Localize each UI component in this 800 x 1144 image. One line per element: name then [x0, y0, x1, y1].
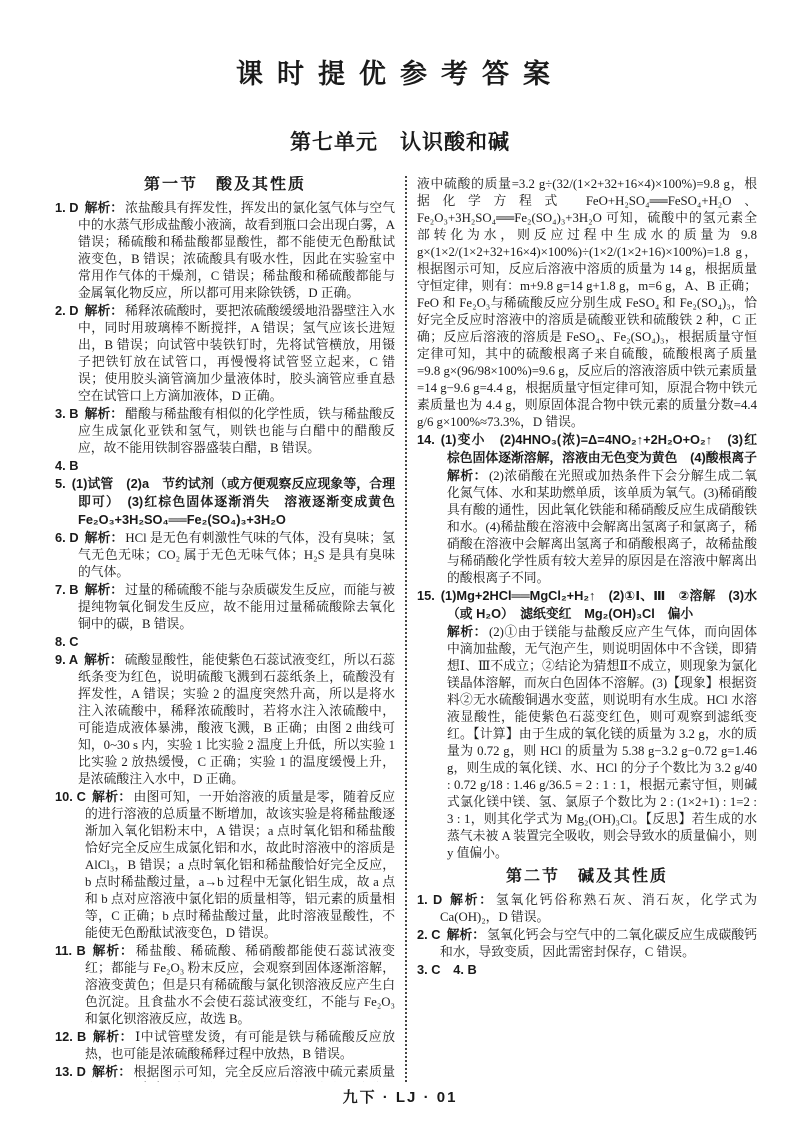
analysis-text: (2)浓硝酸在光照或加热条件下会分解生成二氧化氮气体、水和某助燃单质，该单质为氧…	[447, 469, 757, 585]
answer-number: 10. C	[55, 789, 92, 804]
answer-item-11: 11. B解析：稀盐酸、稀硫酸、稀硝酸都能使石蕊试液变红；都能与 Fe₂O₃ 粉…	[55, 942, 395, 1028]
answer-item-12: 12. B解析：Ⅰ中试管壁发烫，有可能是铁与稀硫酸反应放热，也可能是浓硫酸稀释过…	[55, 1028, 395, 1063]
answer-number: 2. C	[417, 927, 447, 942]
column-divider	[405, 176, 407, 1082]
answer-number: 2. D	[55, 303, 85, 318]
left-column: 第一节 酸及其性质 1. D解析：浓盐酸具有挥发性，挥发出的氯化氢气体与空气中的…	[55, 176, 395, 1082]
analysis-block: 解析：(2)①由于镁能与盐酸反应产生气体，而向固体中滴加盐酸，无气泡产生，则说明…	[447, 623, 757, 862]
analysis-text: 稀释浓硫酸时，要把浓硫酸缓缓地沿器壁注入水中，同时用玻璃棒不断搅拌，A 错误；氢…	[78, 304, 395, 403]
answer-item-1: 1. D解析：浓盐酸具有挥发性，挥发出的氯化氢气体与空气中的水蒸气形成盐酸小液滴…	[55, 199, 395, 302]
answer-item-8: 8. C	[55, 633, 395, 651]
analysis-text: 浓盐酸具有挥发性，挥发出的氯化氢气体与空气中的水蒸气形成盐酸小液滴，故看到瓶口会…	[78, 201, 395, 300]
answer-number: 6. D	[55, 530, 85, 545]
answer-number: 3. C 4. B	[417, 962, 483, 977]
analysis-label: 解析：	[92, 1029, 135, 1044]
answer-text: (1)Mg+2HCl══MgCl₂+H₂↑ (2)①Ⅰ、Ⅲ ②溶解 (3)水（或…	[441, 588, 757, 621]
answer-number: 13. D	[55, 1064, 92, 1079]
analysis-label: 解析：	[84, 652, 125, 667]
analysis-label: 解析：	[92, 1064, 134, 1079]
answer-number: 12. B	[55, 1029, 92, 1044]
answer-number: 9. A	[55, 652, 84, 667]
answer-text: (1)变小 (2)4HNO₃(浓)=Δ=4NO₂↑+2H₂O+O₂↑ (3)红棕…	[441, 432, 757, 465]
analysis-label: 解析：	[85, 406, 126, 421]
analysis-label: 解析：	[447, 468, 489, 483]
answer-page: 课时提优参考答案 第七单元 认识酸和碱 第一节 酸及其性质 1. D解析：浓盐酸…	[0, 0, 800, 1144]
answer-item-14: 14.(1)变小 (2)4HNO₃(浓)=Δ=4NO₂↑+2H₂O+O₂↑ (3…	[417, 431, 757, 587]
answer-item-3: 3. B解析：醋酸与稀盐酸有相似的化学性质，铁与稀盐酸反应生成氯化亚铁和氢气，则…	[55, 405, 395, 457]
answer-number: 5.	[55, 476, 72, 491]
page-footer: 九下 · LJ · 01	[0, 1086, 800, 1107]
answer-item-6: 6. D解析：HCl 是无色有刺激性气味的气体，没有臭味；氢气无色无味；CO₂ …	[55, 529, 395, 581]
answer-number: 11. B	[55, 943, 92, 958]
answer-number: 1. D	[55, 200, 85, 215]
analysis-block: 解析：(2)浓硝酸在光照或加热条件下会分解生成二氧化氮气体、水和某助燃单质，该单…	[447, 467, 757, 587]
analysis-label: 解析：	[85, 530, 126, 545]
analysis-label: 解析：	[92, 943, 136, 958]
right-column: 液中硫酸的质量=3.2 g÷(32/(1×2+32+16×4)×100%)=9.…	[417, 176, 757, 1082]
answer-item-s2-2: 2. C解析：氢氧化钙会与空气中的二氧化碳反应生成碳酸钙和水，导致变质，因此需密…	[417, 926, 757, 961]
answer-number: 3. B	[55, 406, 85, 421]
analysis-text: (2)①由于镁能与盐酸反应产生气体，而向固体中滴加盐酸，无气泡产生，则说明固体中…	[447, 625, 757, 860]
analysis-label: 解析：	[85, 582, 126, 597]
answer-item-9: 9. A解析：硫酸显酸性，能使紫色石蕊试液变红，所以石蕊纸条变为红色，说明硫酸飞…	[55, 651, 395, 788]
answer-number: 4. B	[55, 458, 84, 473]
answer-text: (1)试管 (2)a 节约试剂（或方便观察反应现象等，合理即可） (3)红棕色固…	[72, 476, 395, 527]
analysis-text: 氢氧化钙会与空气中的二氧化碳反应生成碳酸钙和水，导致变质，因此需密封保存，C 错…	[440, 928, 757, 959]
answer-item-4: 4. B	[55, 457, 395, 475]
unit-title: 第七单元 认识酸和碱	[0, 126, 800, 156]
answer-item-13-continuation: 液中硫酸的质量=3.2 g÷(32/(1×2+32+16×4)×100%)=9.…	[417, 176, 757, 431]
analysis-label: 解析：	[85, 200, 126, 215]
analysis-text: 硫酸显酸性，能使紫色石蕊试液变红，所以石蕊纸条变为红色，说明硫酸飞溅到石蕊纸条上…	[78, 653, 395, 786]
answer-number: 1. D	[417, 892, 448, 907]
answer-item-7: 7. B解析：过量的稀硫酸不能与杂质碳发生反应，而能与被提纯物氧化铜发生反应，故…	[55, 581, 395, 633]
analysis-text: 过量的稀硫酸不能与杂质碳发生反应，而能与被提纯物氧化铜发生反应，故不能用过量稀硫…	[78, 583, 395, 631]
section2-heading: 第二节 碱及其性质	[417, 868, 757, 885]
analysis-label: 解析：	[447, 927, 488, 942]
answer-item-10: 10. C解析：由图可知，一开始溶液的质量是零，随着反应的进行溶液的总质量不断增…	[55, 788, 395, 942]
content-area: 第一节 酸及其性质 1. D解析：浓盐酸具有挥发性，挥发出的氯化氢气体与空气中的…	[55, 176, 757, 1082]
analysis-text: HCl 是无色有刺激性气味的气体，没有臭味；氢气无色无味；CO₂ 属于无色无味气…	[78, 531, 395, 579]
analysis-label: 解析：	[92, 789, 134, 804]
analysis-label: 解析：	[448, 892, 496, 907]
analysis-text: 由图可知，一开始溶液的质量是零，随着反应的进行溶液的总质量不断增加，故该实验是将…	[85, 790, 395, 940]
answer-number: 7. B	[55, 582, 85, 597]
answer-item-5: 5.(1)试管 (2)a 节约试剂（或方便观察反应现象等，合理即可） (3)红棕…	[55, 475, 395, 529]
answer-number: 14.	[417, 432, 441, 447]
answer-number: 8. C	[55, 634, 84, 649]
analysis-label: 解析：	[447, 624, 489, 639]
answer-item-13: 13. D解析：根据图示可知，完全反应后溶液中硫元素质量为 3.2 g，根据质量…	[55, 1063, 395, 1082]
answer-item-2: 2. D解析：稀释浓硫酸时，要把浓硫酸缓缓地沿器壁注入水中，同时用玻璃棒不断搅拌…	[55, 302, 395, 405]
answer-number: 15.	[417, 588, 441, 603]
page-title: 课时提优参考答案	[0, 52, 800, 91]
analysis-text: 醋酸与稀盐酸有相似的化学性质，铁与稀盐酸反应生成氯化亚铁和氢气，则铁也能与白醋中…	[78, 407, 395, 455]
section1-heading: 第一节 酸及其性质	[55, 176, 395, 193]
analysis-label: 解析：	[85, 303, 126, 318]
answer-item-s2-1: 1. D解析：氢氧化钙俗称熟石灰、消石灰，化学式为 Ca(OH)₂，D 错误。	[417, 891, 757, 926]
answer-item-15: 15.(1)Mg+2HCl══MgCl₂+H₂↑ (2)①Ⅰ、Ⅲ ②溶解 (3)…	[417, 587, 757, 862]
answer-item-s2-3-4: 3. C 4. B	[417, 961, 757, 979]
